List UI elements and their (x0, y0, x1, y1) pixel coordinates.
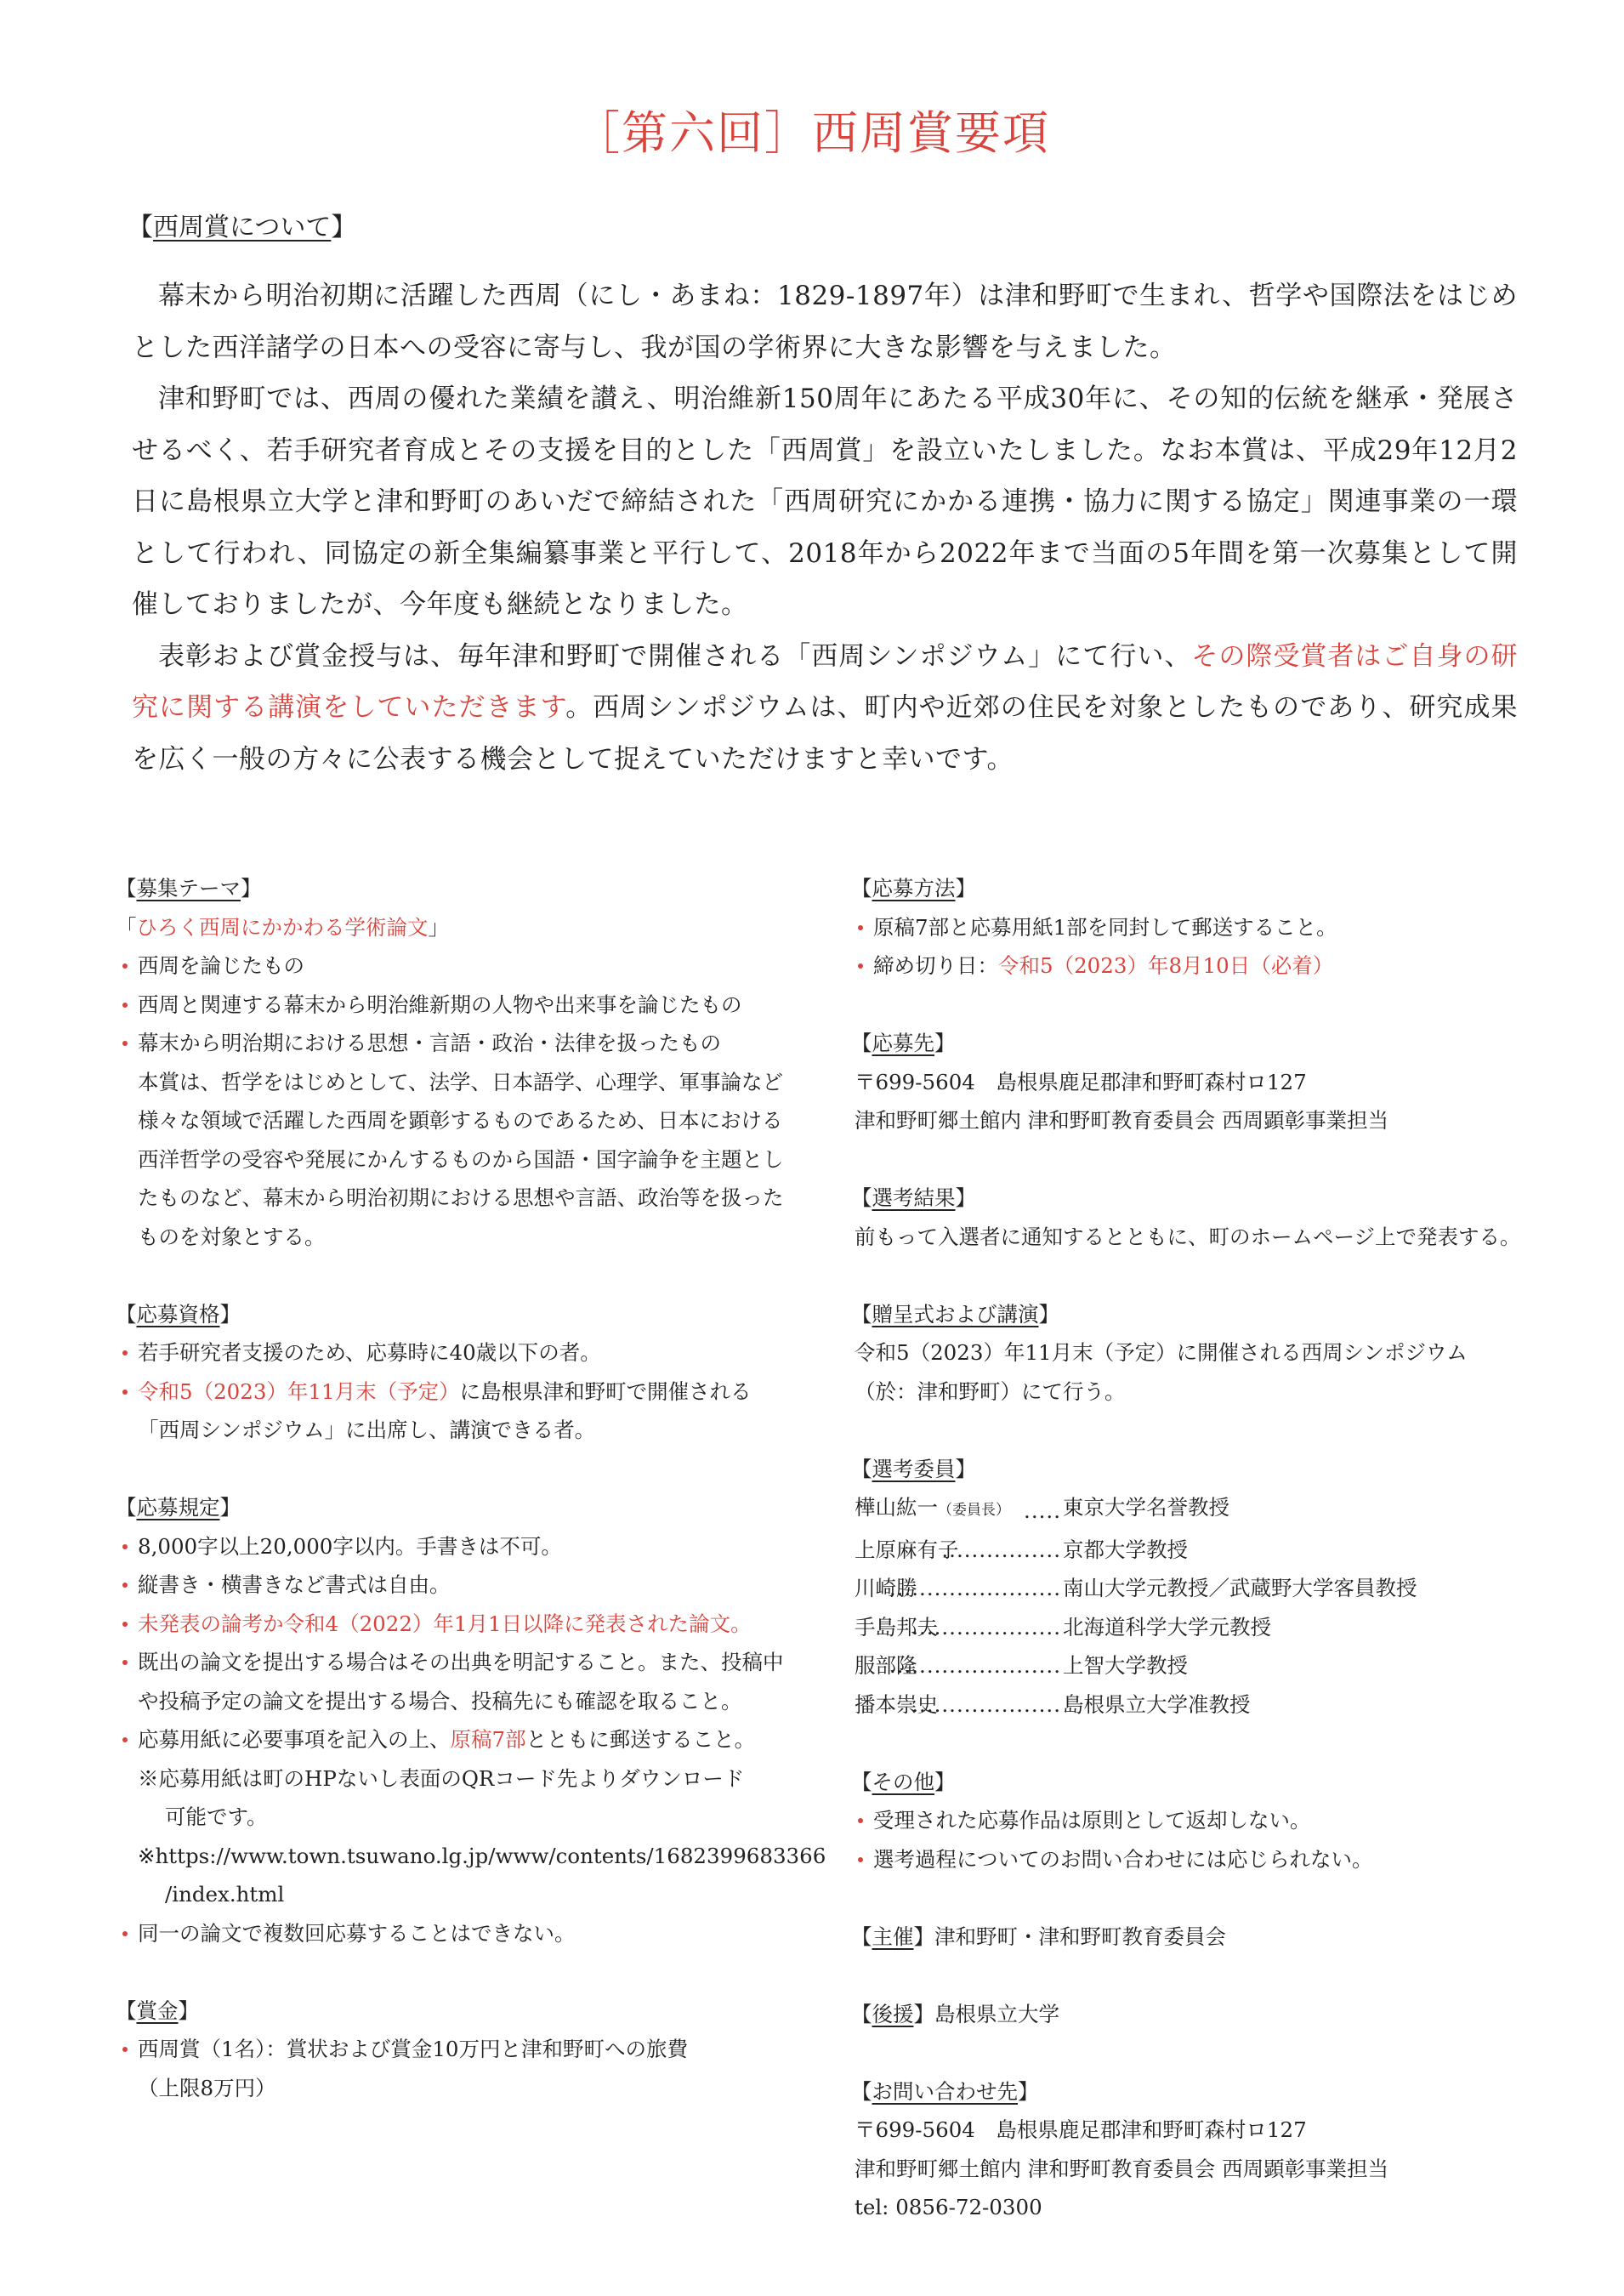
list-item: 受理された応募作品は原則として返却しない。 (855, 1801, 1535, 1840)
intro-paragraph-3: 表彰および賞金授与は、毎年津和野町で開催される「西周シンポジウム」にて行い、その… (132, 631, 1518, 786)
committee-member: 手島邦夫.................... 北海道科学大学元教授 (855, 1608, 1535, 1647)
committee-member: 播本崇史.................... 島根県立大学准教授 (855, 1685, 1535, 1725)
section-heading: 【募集テーマ】 (116, 869, 791, 908)
list-item: 縦書き・横書きなど書式は自由。 (119, 1566, 791, 1605)
list-item: 選考過程についてのお問い合わせには応じられない。 (855, 1840, 1535, 1879)
theme-subtitle: 「ひろく西周にかかわる学術論文」 (116, 908, 791, 947)
right-column: 【応募方法】 原稿7部と応募用紙1部を同封して郵送すること。 締め切り日：令和5… (855, 869, 1535, 2265)
section-support: 【後援】島根県立大学 (855, 1995, 1535, 2034)
intro-text: 幕末から明治初期に活躍した西周（にし・あまね：1829-1897年）は津和野町で… (132, 270, 1518, 785)
list-item: 既出の論文を提出する場合はその出典を明記すること。また、投稿中や投稿予定の論文を… (119, 1643, 791, 1720)
list-item: 同一の論文で複数回応募することはできない。 (119, 1914, 791, 1953)
theme-description: 本賞は、哲学をはじめとして、法学、日本語学、心理学、軍事論など様々な領域で活躍し… (119, 1063, 791, 1257)
section-heading: 【応募規定】 (116, 1488, 791, 1527)
section-method: 【応募方法】 原稿7部と応募用紙1部を同封して郵送すること。 締め切り日：令和5… (855, 869, 1535, 986)
download-note: ※応募用紙は町のHPないし表面のQRコード先よりダウンロード 可能です。 (119, 1759, 791, 1837)
section-heading: 【応募先】 (851, 1024, 1535, 1063)
list-item: 8,000字以上20,000字以内。手書きは不可。 (119, 1527, 791, 1566)
section-heading: 【お問い合わせ先】 (851, 2072, 1535, 2111)
list-item-continuation: 「西周シンポジウム」に出席し、講演できる者。 (119, 1411, 791, 1450)
section-heading: 【賞金】 (116, 1992, 791, 2031)
list-item: 原稿7部と応募用紙1部を同封して郵送すること。 (855, 908, 1535, 947)
section-results: 【選考結果】 前もって入選者に通知するとともに、町のホームページ上で発表する。 (855, 1179, 1535, 1256)
contact-phone[interactable]: tel: 0856-72-0300 (855, 2188, 1535, 2227)
section-theme: 【募集テーマ】 「ひろく西周にかかわる学術論文」 西周を論じたもの 西周と関連す… (119, 869, 791, 1256)
section-committee: 【選考委員】 樺山紘一（委員長）..... 東京大学名誉教授 上原麻有子....… (855, 1450, 1535, 1725)
section-heading: 【応募資格】 (116, 1295, 791, 1334)
list-item: 令和5（2023）年11月末（予定）に島根県津和野町で開催される (119, 1372, 791, 1412)
section-rules: 【応募規定】 8,000字以上20,000字以内。手書きは不可。 縦書き・横書き… (119, 1488, 791, 1952)
left-column: 【募集テーマ】 「ひろく西周にかかわる学術論文」 西周を論じたもの 西周と関連す… (119, 869, 791, 2146)
section-heading: 【その他】 (851, 1763, 1535, 1802)
committee-member: 上原麻有子................ 京都大学教授 (855, 1531, 1535, 1570)
list-item-continuation: （上限8万円） (119, 2069, 791, 2108)
intro-paragraph-2: 津和野町では、西周の優れた業績を讃え、明治維新150周年にあたる平成30年に、そ… (132, 373, 1518, 631)
list-item: 締め切り日：令和5（2023）年8月10日（必着） (855, 946, 1535, 986)
section-address: 【応募先】 〒699-5604 島根県鹿足郡津和野町森村ロ127 津和野町郷土館… (855, 1024, 1535, 1140)
section-prize: 【賞金】 西周賞（1名）：賞状および賞金10万円と津和野町への旅費 （上限8万円… (119, 1992, 791, 2108)
section-heading: 【選考委員】 (851, 1450, 1535, 1489)
section-contact: 【お問い合わせ先】 〒699-5604 島根県鹿足郡津和野町森村ロ127 津和野… (855, 2072, 1535, 2227)
list-item: 未発表の論考か令和4（2022）年1月1日以降に発表された論文。 (119, 1605, 791, 1644)
page-title: ［第六回］西周賞要項 (0, 104, 1624, 163)
list-item: 西周を論じたもの (119, 946, 791, 986)
list-item: 西周賞（1名）：賞状および賞金10万円と津和野町への旅費 (119, 2030, 791, 2069)
section-other: 【その他】 受理された応募作品は原則として返却しない。 選考過程についてのお問い… (855, 1763, 1535, 1879)
section-ceremony: 【贈呈式および講演】 令和5（2023）年11月末（予定）に開催される西周シンポ… (855, 1295, 1535, 1412)
section-heading-about: 【西周賞について】 (128, 211, 356, 245)
list-item: 応募用紙に必要事項を記入の上、原稿7部とともに郵送すること。 (119, 1720, 791, 1759)
committee-member: 川崎勝....................... 南山大学元教授／武蔵野大学… (855, 1569, 1535, 1608)
download-url[interactable]: ※https://www.town.tsuwano.lg.jp/www/cont… (119, 1837, 791, 1914)
section-eligibility: 【応募資格】 若手研究者支援のため、応募時に40歳以下の者。 令和5（2023）… (119, 1295, 791, 1450)
committee-member: 服部隆....................... 上智大学教授 (855, 1646, 1535, 1685)
intro-paragraph-1: 幕末から明治初期に活躍した西周（にし・あまね：1829-1897年）は津和野町で… (132, 270, 1518, 373)
committee-member: 樺山紘一（委員長）..... 東京大学名誉教授 (855, 1488, 1535, 1531)
list-item: 幕末から明治期における思想・言語・政治・法律を扱ったもの (119, 1024, 791, 1063)
section-heading: 【選考結果】 (851, 1179, 1535, 1218)
section-heading: 【応募方法】 (851, 869, 1535, 908)
list-item: 若手研究者支援のため、応募時に40歳以下の者。 (119, 1333, 791, 1372)
section-heading: 【贈呈式および講演】 (851, 1295, 1535, 1334)
deadline: 令和5（2023）年8月10日（必着） (998, 953, 1333, 978)
list-item: 西周と関連する幕末から明治維新期の人物や出来事を論じたもの (119, 986, 791, 1025)
section-organizer: 【主催】津和野町・津和野町教育委員会 (855, 1918, 1535, 1957)
